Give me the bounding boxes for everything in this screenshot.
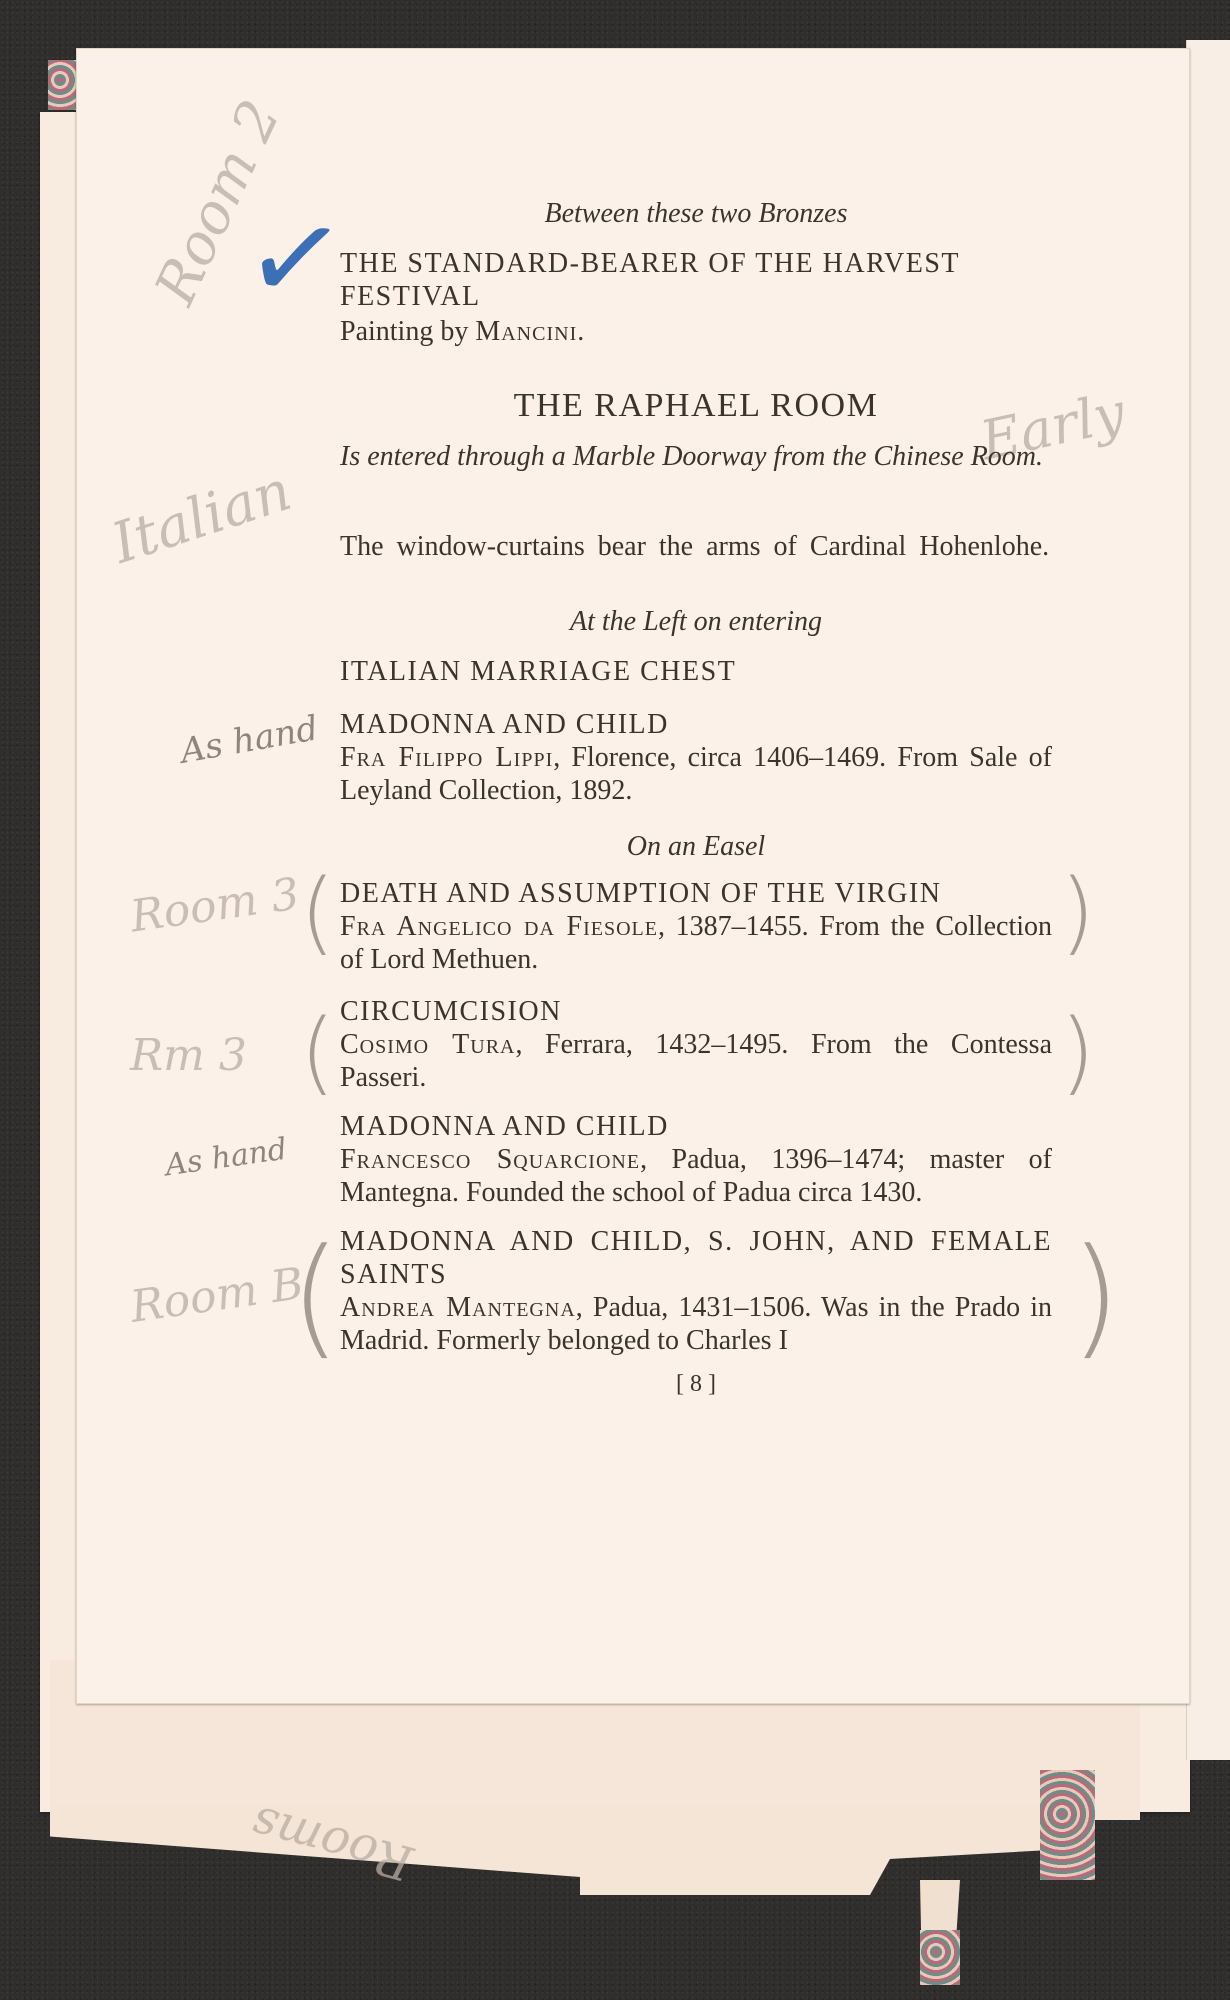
artist-name: Andrea Mantegna (340, 1292, 576, 1323)
blue-check-mark-icon: ✓ (236, 184, 355, 336)
catalogue-entry: MADONNA AND CHILD Francesco Squarcione, … (340, 1110, 1052, 1209)
credit-prefix: Painting by (340, 316, 475, 347)
artist-name: Fra Angelico da Fiesole (340, 911, 658, 942)
marbled-endpaper-fragment (920, 1930, 960, 1985)
entry-title: MADONNA AND CHILD, S. JOHN, AND FEMALE S… (340, 1225, 1052, 1291)
catalogue-entry: CIRCUMCISION Cosimo Tura, Ferrara, 1432–… (340, 995, 1052, 1094)
catalogue-entry: DEATH AND ASSUMPTION OF THE VIRGIN Fra A… (340, 877, 1052, 976)
facing-page-edge (1186, 40, 1230, 1760)
room-title: THE RAPHAEL ROOM (340, 386, 1052, 426)
artist-name: Fra Filippo Lippi (340, 742, 553, 773)
artist-name: Cosimo Tura (340, 1029, 516, 1060)
page-number: [ 8 ] (340, 1368, 1052, 1401)
artist-name: Mancini. (475, 316, 585, 347)
entry-title: MADONNA AND CHILD (340, 708, 1052, 741)
entry-title: ITALIAN MARRIAGE CHEST (340, 655, 1052, 688)
catalogue-entry: MADONNA AND CHILD, S. JOHN, AND FEMALE S… (340, 1225, 1052, 1357)
pencil-bracket-right: ) (1060, 1000, 1095, 1105)
entry-title-standard-bearer: THE STANDARD-BEARER OF THE HARVEST FESTI… (340, 247, 1052, 313)
pencil-bracket-right: ) (1070, 1220, 1121, 1372)
pencil-bracket-left: ( (300, 1000, 335, 1105)
pencil-bracket-left: ( (290, 1220, 341, 1372)
room-curtains-note: The window-curtains bear the arms of Car… (340, 530, 1052, 563)
pencil-bracket-right: ) (1060, 860, 1095, 965)
entry-credit-standard-bearer: Painting by Mancini. (340, 315, 1052, 348)
entry-title: DEATH AND ASSUMPTION OF THE VIRGIN (340, 877, 1052, 910)
marbled-endpaper-fragment (48, 60, 78, 110)
torn-paper-flap (50, 1805, 1050, 1895)
marbled-endpaper-fragment (1040, 1770, 1095, 1880)
section-heading-left: At the Left on entering (340, 605, 1052, 638)
catalogue-entry: MADONNA AND CHILD Fra Filippo Lippi, Flo… (340, 708, 1052, 807)
room-intro: Is entered through a Marble Doorway from… (340, 440, 1052, 473)
pencil-bracket-left: ( (300, 860, 335, 965)
entry-title: CIRCUMCISION (340, 995, 1052, 1028)
artist-name: Francesco Squarcione (340, 1144, 640, 1175)
entry-title: MADONNA AND CHILD (340, 1110, 1052, 1143)
annotation-rm-3: Rm 3 (130, 1030, 247, 1081)
section-heading-easel: On an Easel (340, 830, 1052, 863)
section-heading-bronzes: Between these two Bronzes (340, 197, 1052, 230)
